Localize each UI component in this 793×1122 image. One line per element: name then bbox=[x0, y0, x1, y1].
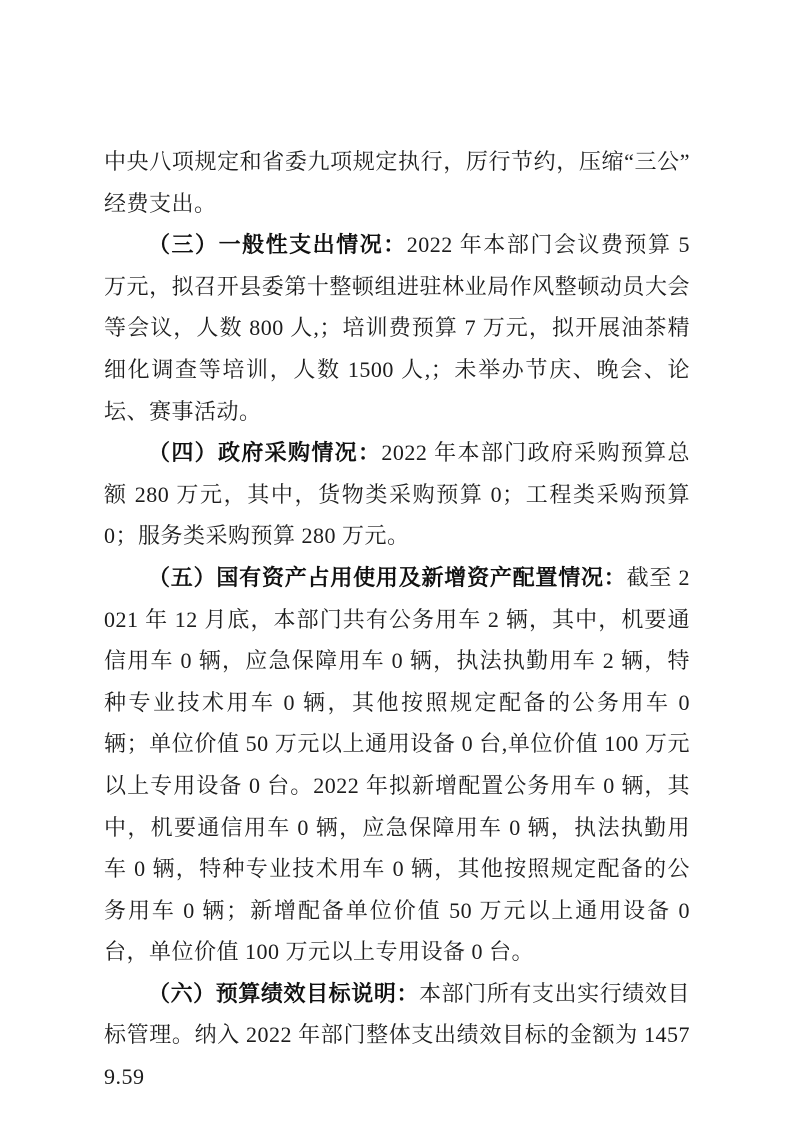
paragraph-section-government-procurement: （四）政府采购情况：2022 年本部门政府采购预算总额 280 万元，其中，货物… bbox=[104, 432, 690, 557]
paragraph-text: 截至 2021 年 12 月底，本部门共有公务用车 2 辆，其中，机要通信用车 … bbox=[104, 565, 690, 964]
document-page: { "document": { "page_background": "#fff… bbox=[0, 0, 793, 1122]
paragraph-section-performance-targets: （六）预算绩效目标说明：本部门所有支出实行绩效目标管理。纳入 2022 年部门整… bbox=[104, 973, 690, 1098]
section-heading-state-assets: （五）国有资产占用使用及新增资产配置情况： bbox=[148, 565, 627, 590]
section-heading-government-procurement: （四）政府采购情况： bbox=[148, 440, 381, 465]
page-sheet: 中央八项规定和省委九项规定执行，厉行节约，压缩“三公”经费支出。 （三）一般性支… bbox=[0, 0, 793, 1122]
paragraph-carryover: 中央八项规定和省委九项规定执行，厉行节约，压缩“三公”经费支出。 bbox=[104, 141, 690, 224]
document-body-text: 中央八项规定和省委九项规定执行，厉行节约，压缩“三公”经费支出。 （三）一般性支… bbox=[104, 141, 690, 1098]
section-heading-performance-targets: （六）预算绩效目标说明： bbox=[148, 981, 419, 1006]
paragraph-text: 中央八项规定和省委九项规定执行，厉行节约，压缩“三公”经费支出。 bbox=[104, 149, 690, 216]
paragraph-text: 2022 年本部门会议费预算 5 万元，拟召开县委第十整顿组进驻林业局作风整顿动… bbox=[104, 232, 690, 423]
paragraph-section-general-expenses: （三）一般性支出情况：2022 年本部门会议费预算 5 万元，拟召开县委第十整顿… bbox=[104, 224, 690, 432]
paragraph-section-state-assets: （五）国有资产占用使用及新增资产配置情况：截至 2021 年 12 月底，本部门… bbox=[104, 557, 690, 973]
section-heading-general-expenses: （三）一般性支出情况： bbox=[148, 232, 407, 257]
